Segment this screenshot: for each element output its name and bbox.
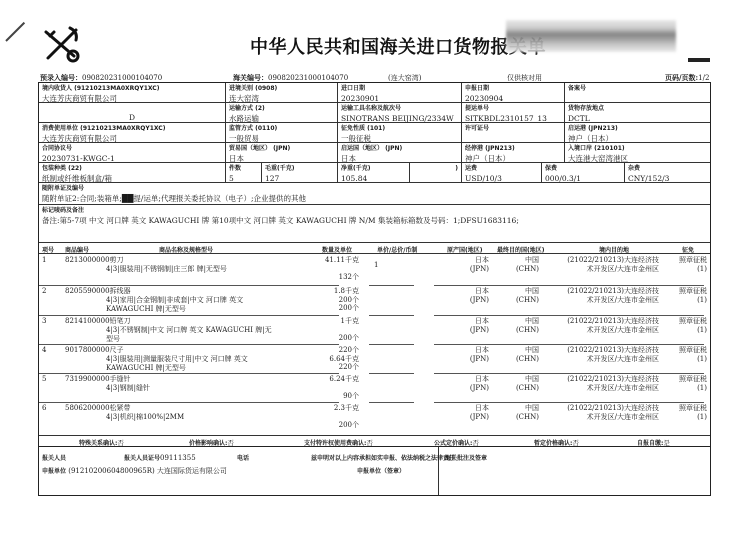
row-divider [39,315,339,316]
confirm-royalty: 支付特许权使用费确认:否 [304,438,373,447]
confirmations-row: 特殊关系确认:否 价格影响确认:否 支付特许权使用费确认:否 公式定价确认:否 … [39,435,710,447]
declaration-form: 境内收货人 (91210213MA0XRQY1XC)大连芳庆商贸有限公司 进境关… [38,82,711,496]
item-destination: 中国(CHN) [491,346,539,363]
item-qty: 41.11千克 132个 [259,256,359,282]
row-divider [369,315,414,316]
insurance-field: 保费000/0.3/1 [542,163,625,183]
item-origin: 日本(JPN) [439,346,489,363]
item-code: 5806200000松紧带 [65,404,131,413]
table-row: 65806200000松紧带4|3|机织|棉100%|2MM2.3千克 200个… [39,403,710,435]
customs-approval-section: 海关批注及签章 [439,447,710,495]
item-code: 8205590000拆线器 [65,287,131,296]
item-origin: 日本(JPN) [439,375,489,392]
item-qty: 1.8千克200个200个 [259,287,359,313]
item-code: 8214100000铅笔刀 [65,317,131,326]
item-price [374,409,376,418]
remarks-field: 标记唛码及备注备注:第5-7项 中文 河口牌 英文 KAWAGUCHI 牌 第1… [39,205,710,243]
item-no: 3 [42,317,46,326]
trade-country-field: 贸易国（地区） (JPN)日本 [226,143,338,163]
declarant-section: 报关人员 报关人员证号09111355 电话 兹申明对以上内容承担如实申报、依法… [39,447,439,495]
origin-country-field: 启运国（地区） (JPN)日本 [338,143,462,163]
entry-customs-field: 进境关别 (0908)连大窑湾 [226,83,338,103]
freight-field: 运费USD/10/3 [462,163,542,183]
declare-date-field: 申报日期20230904 [462,83,565,103]
entry-port-field: 入境口岸 (210101)大连港大窑湾港区 [565,143,710,163]
item-price [374,292,376,301]
declarant-id: 报关人员证号09111355 [124,453,196,462]
transit-port-field: 经停港 (JPN213)神户（日本） [462,143,565,163]
customs-emblem-icon [40,22,84,66]
levy-nature-field: 征免性质 (101)一般征税 [338,123,462,143]
table-row: 28205590000拆线器4|3|家用|合金钢制|非成套|中文 河口牌 英文K… [39,286,710,316]
row-divider [369,402,414,403]
package-type-field: 包装种类 (22)纸制或纤维板制盒/箱 [39,163,226,183]
item-qty: 6.24千克 90个 [259,375,359,401]
item-domestic-dest: (21022/210213)大连经济技术开发区/大连市金州区 [547,317,659,334]
items-table-header: 项号 商品编号 商品名称及规格型号 数量及单位 单价/总价/币制 原产国(地区)… [39,243,710,254]
row-divider [39,285,339,286]
item-no: 4 [42,346,46,355]
item-price [374,351,376,360]
row-divider [434,285,704,286]
item-qty: 1千克 200个 [259,317,359,343]
item-domestic-dest: (21022/210213)大连经济技术开发区/大连市金州区 [547,404,659,421]
item-domestic-dest: (21022/210213)大连经济技术开发区/大连市金州区 [547,256,659,273]
row-divider [39,402,339,403]
row-divider [434,402,704,403]
license-no-field: 许可证号 [462,123,565,143]
row-divider [39,373,339,374]
confirm-special-relation: 特殊关系确认:否 [79,438,124,447]
item-levy: 照章征税(1) [661,256,707,273]
declarant-label: 报关人员 [42,453,66,462]
declaring-unit: 申报单位 (91210200604800965R) 大连国际货运有限公司 [42,466,227,476]
packages-field: 件数5 [226,163,262,183]
item-spec: 4|3|钢制|缝针 [106,384,150,393]
item-spec: 4|3|服装用|测量服装尺寸用|中文 河口牌 英文KAWAGUCHI 牌|无型号 [106,355,248,372]
item-levy: 照章征税(1) [661,317,707,334]
item-no: 5 [42,375,46,384]
item-domestic-dest: (21022/210213)大连经济技术开发区/大连市金州区 [547,346,659,363]
item-destination: 中国(CHN) [491,287,539,304]
row-divider [434,315,704,316]
row-divider [39,344,339,345]
item-levy: 照章征税(1) [661,287,707,304]
confirm-formula-price: 公式定价确认:否 [434,438,479,447]
redacted-barcode [506,20,676,52]
deal-mode-field: ) [410,163,462,183]
item-origin: 日本(JPN) [439,287,489,304]
declaration-statement: 兹申明对以上内容承担如实申报、依法纳税之法律责任 [311,453,455,462]
document-title: 中华人民共和国海关进口货物报关单 [250,33,546,59]
gross-weight-field: 毛重(千克)127 [262,163,338,183]
confirm-provisional-price: 暂定价格确认:否 [534,438,579,447]
item-levy: 照章征税(1) [661,346,707,363]
overseas-shipper-field: D [39,103,226,123]
item-price: 1 [374,261,378,270]
item-spec: 4|3|家用|合金钢制|非成套|中文 河口牌 英文KAWAGUCHI 牌|无型号 [106,296,243,313]
item-origin: 日本(JPN) [439,256,489,273]
item-spec: 4|3|机织|棉100%|2MM [106,413,184,422]
item-price [374,322,376,331]
item-no: 2 [42,287,46,296]
row-divider [369,344,414,345]
departure-port-field: 启运港 (JPN213)神户（日本） [565,123,710,143]
item-origin: 日本(JPN) [439,404,489,421]
contract-no-field: 合同协议号20230731-KWGC-1 [39,143,226,163]
table-row: 38214100000铅笔刀4|3|不锈钢制|中文 河口牌 英文 KAWAGUC… [39,316,710,345]
item-qty: 2.3千克 200个 [259,404,359,430]
pen-mark [5,22,25,42]
table-row: 49017800000尺子4|3|服装用|测量服装尺寸用|中文 河口牌 英文KA… [39,345,710,374]
record-no-field: 备案号 [565,83,710,103]
seal-label: 申报单位（签章） [357,466,405,475]
consumer-field: 消费使用单位 (91210213MA0XRQY1XC)大连芳庆商贸有限公司 [39,123,226,143]
bill-no-field: 提运单号SITKBDL2310157_13 [462,103,565,123]
item-levy: 照章征税(1) [661,375,707,392]
item-code: 7319900000手缝针 [65,375,131,384]
phone-label: 电话 [237,453,249,462]
item-destination: 中国(CHN) [491,375,539,392]
net-weight-field: 净重(千克)105.84 [338,163,410,183]
item-price [374,380,376,389]
import-date-field: 进口日期20230901 [338,83,462,103]
item-levy: 照章征税(1) [661,404,707,421]
confirm-price-impact: 价格影响确认:否 [189,438,234,447]
item-no: 6 [42,404,46,413]
item-spec: 4|3|服装用|不锈钢制|庄三郎 牌|无型号 [106,265,227,274]
row-divider [434,373,704,374]
row-divider [369,285,414,286]
item-code: 8213000000剪刀 [65,256,124,265]
item-code: 9017800000尺子 [65,346,124,355]
transport-mode-field: 运输方式 (2)水路运输 [226,103,338,123]
item-domestic-dest: (21022/210213)大连经济技术开发区/大连市金州区 [547,287,659,304]
item-destination: 中国(CHN) [491,317,539,334]
misc-fee-field: 杂费CNY/152/3 [625,163,710,183]
consignee-field: 境内收货人 (91210213MA0XRQY1XC)大连芳庆商贸有限公司 [39,83,226,103]
supervision-field: 监管方式 (0110)一般贸易 [226,123,338,143]
attached-docs-field: 随附单证及编号随附单证2:合同;装箱单;██提/运单;代理报关委托协议（电子）;… [39,183,710,205]
item-domestic-dest: (21022/210213)大连经济技术开发区/大连市金州区 [547,375,659,392]
table-row: 57319900000手缝针4|3|钢制|缝针6.24千克 90个 日本(JPN… [39,374,710,403]
confirm-self-declare: 自报自缴:是 [637,438,670,447]
storage-place-field: 货物存放地点DCTL [565,103,710,123]
table-row: 18213000000剪刀4|3|服装用|不锈钢制|庄三郎 牌|无型号41.11… [39,255,710,286]
item-destination: 中国(CHN) [491,256,539,273]
item-spec: 4|3|不锈钢制|中文 河口牌 英文 KAWAGUCHI 牌|无型号 [106,326,272,343]
item-destination: 中国(CHN) [491,404,539,421]
item-qty: 220个6.64千克220个 [259,346,359,372]
row-divider [369,373,414,374]
row-divider [434,344,704,345]
vessel-field: 运输工具名称及航次号SINOTRANS BEIJING/2334W [338,103,462,123]
stamp-fragment [688,58,710,62]
item-no: 1 [42,256,46,265]
item-origin: 日本(JPN) [439,317,489,334]
